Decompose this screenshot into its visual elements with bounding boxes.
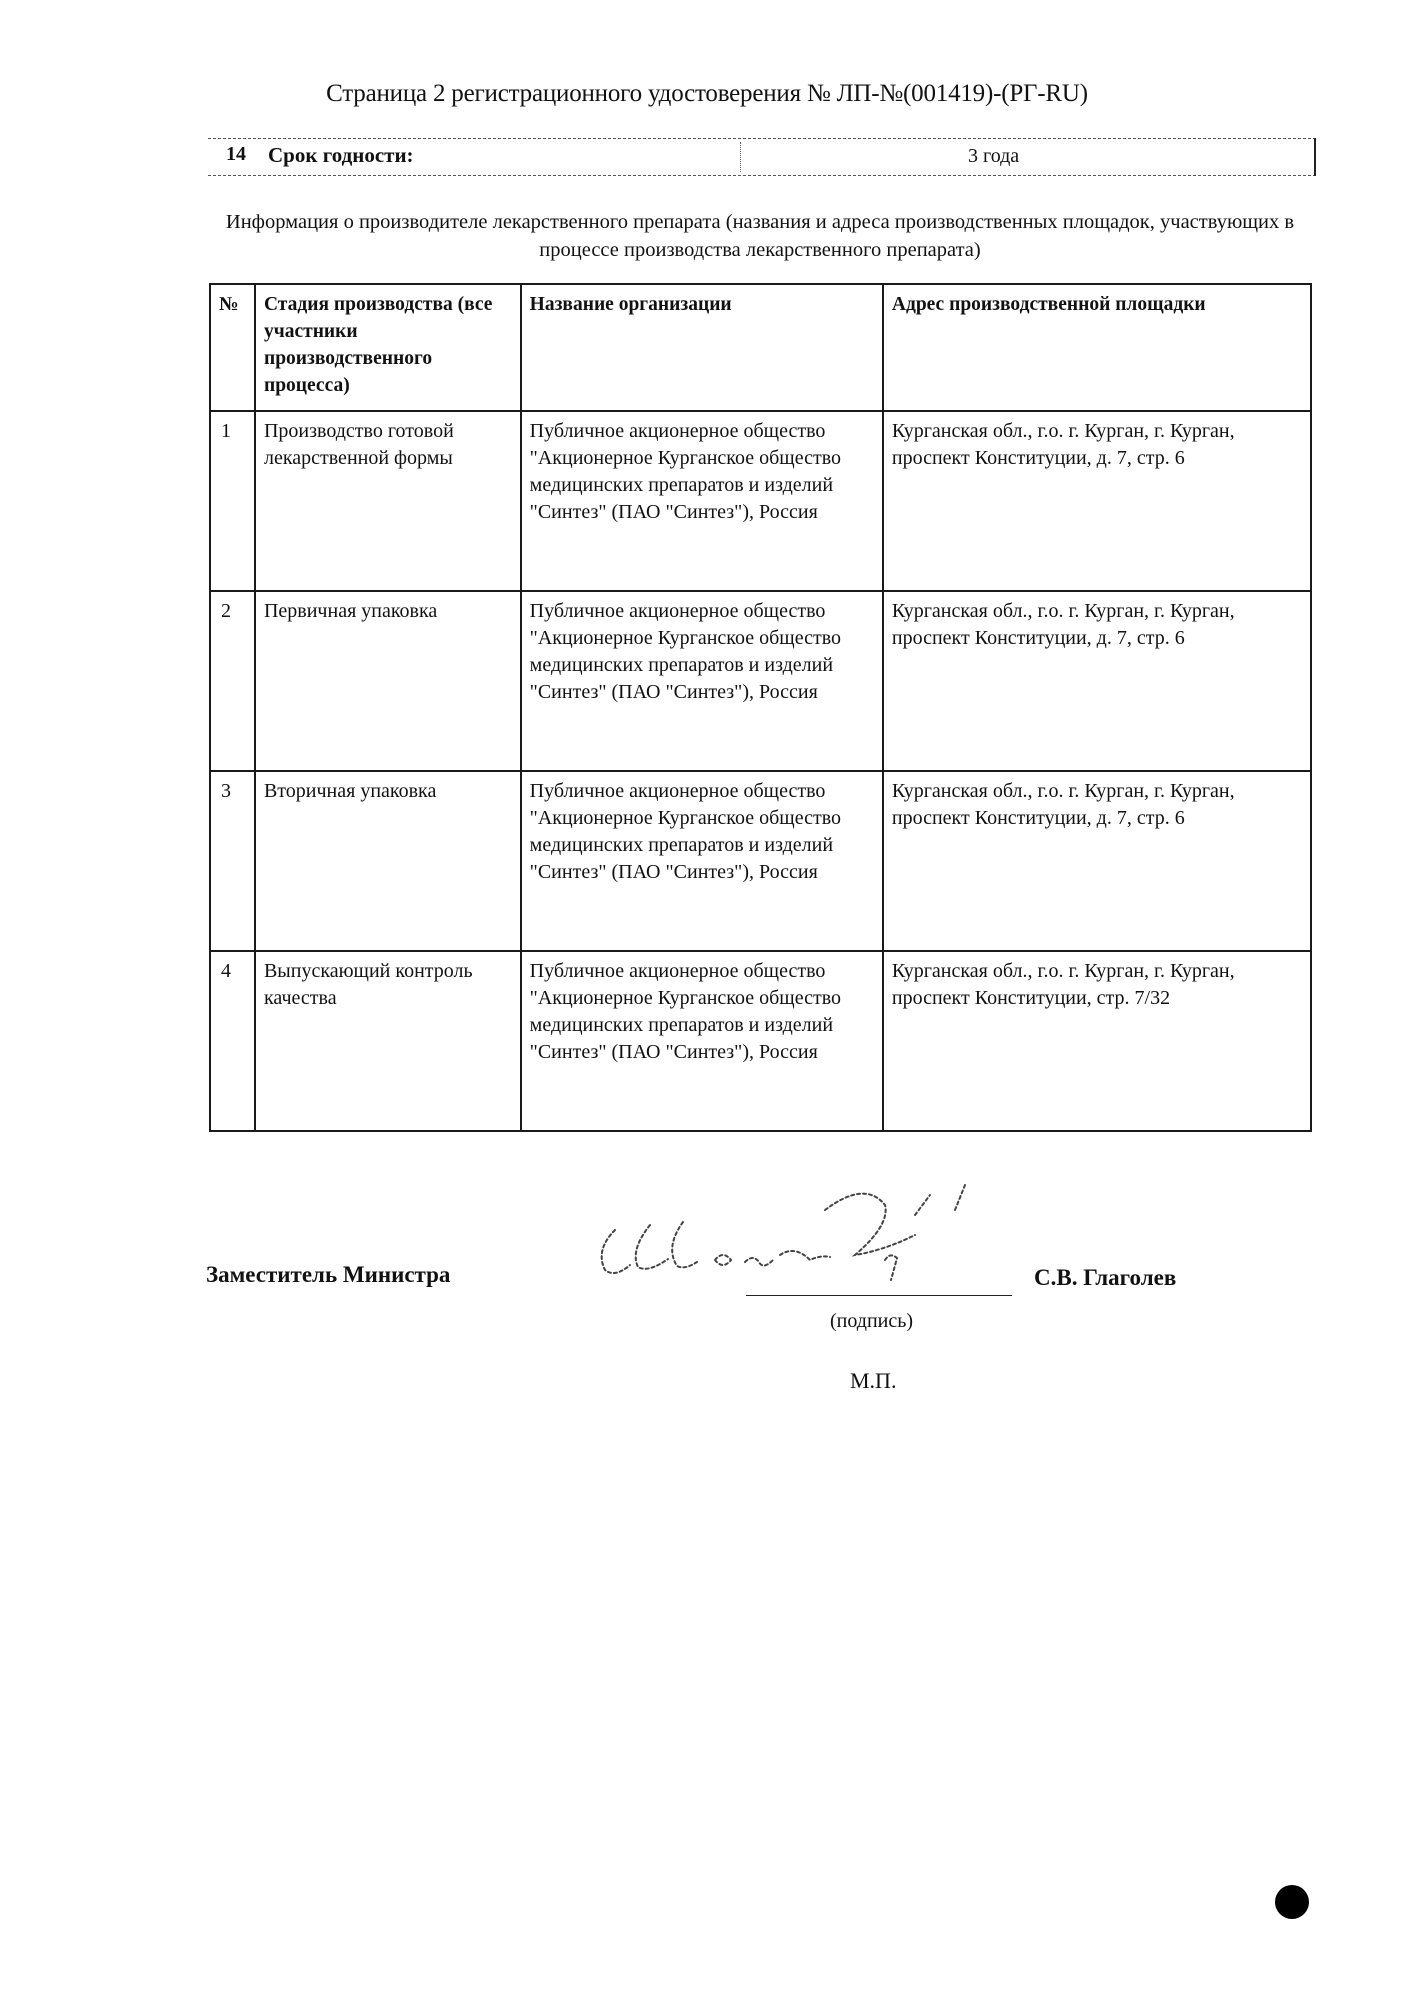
- column-header-num: №: [210, 284, 255, 411]
- cell-org: Публичное акционерное общество "Акционер…: [521, 771, 883, 951]
- cell-num: 1: [210, 411, 255, 591]
- cell-org: Публичное акционерное общество "Акционер…: [521, 591, 883, 771]
- seal-mark: М.П.: [850, 1368, 896, 1394]
- shelf-life-value: 3 года: [968, 145, 1019, 168]
- hole-punch-icon: [1275, 1885, 1309, 1919]
- divider: [740, 142, 741, 172]
- handwritten-signature-icon: [555, 1170, 1095, 1310]
- cell-address: Курганская обл., г.о. г. Курган, г. Кург…: [883, 951, 1311, 1131]
- column-header-stage: Стадия производства (все участники произ…: [255, 284, 521, 411]
- signature-block: Заместитель Министра С.В. Глаголев (подп…: [0, 1170, 1414, 1410]
- shelf-life-row: 14 Срок годности: 3 года: [208, 138, 1316, 176]
- cell-stage: Первичная упаковка: [255, 591, 521, 771]
- signature-line: [746, 1295, 1012, 1296]
- column-header-address: Адрес производственной площадки: [883, 284, 1311, 411]
- cell-stage: Производство готовой лекарственной формы: [255, 411, 521, 591]
- manufacturer-table: № Стадия производства (все участники про…: [209, 283, 1312, 1132]
- page-header: Страница 2 регистрационного удостоверени…: [0, 80, 1414, 108]
- divider: [208, 138, 1316, 139]
- shelf-life-number: 14: [226, 143, 246, 166]
- divider: [208, 175, 1316, 176]
- divider: [1314, 138, 1316, 176]
- table-row: 3 Вторичная упаковка Публичное акционерн…: [210, 771, 1311, 951]
- cell-num: 4: [210, 951, 255, 1131]
- table-row: 2 Первичная упаковка Публичное акционерн…: [210, 591, 1311, 771]
- column-header-org: Название организации: [521, 284, 883, 411]
- cell-num: 2: [210, 591, 255, 771]
- cell-address: Курганская обл., г.о. г. Курган, г. Кург…: [883, 591, 1311, 771]
- cell-stage: Вторичная упаковка: [255, 771, 521, 951]
- signatory-position: Заместитель Министра: [206, 1262, 450, 1288]
- table-row: 1 Производство готовой лекарственной фор…: [210, 411, 1311, 591]
- cell-org: Публичное акционерное общество "Акционер…: [521, 411, 883, 591]
- table-header-row: № Стадия производства (все участники про…: [210, 284, 1311, 411]
- cell-org: Публичное акционерное общество "Акционер…: [521, 951, 883, 1131]
- shelf-life-label: Срок годности:: [268, 143, 414, 168]
- signatory-name: С.В. Глаголев: [1034, 1265, 1176, 1291]
- cell-num: 3: [210, 771, 255, 951]
- cell-address: Курганская обл., г.о. г. Курган, г. Кург…: [883, 771, 1311, 951]
- cell-stage: Выпускающий контроль качества: [255, 951, 521, 1131]
- table-row: 4 Выпускающий контроль качества Публично…: [210, 951, 1311, 1131]
- manufacturer-info-intro: Информация о производителе лекарственног…: [200, 208, 1320, 264]
- cell-address: Курганская обл., г.о. г. Курган, г. Кург…: [883, 411, 1311, 591]
- signature-caption: (подпись): [830, 1310, 913, 1333]
